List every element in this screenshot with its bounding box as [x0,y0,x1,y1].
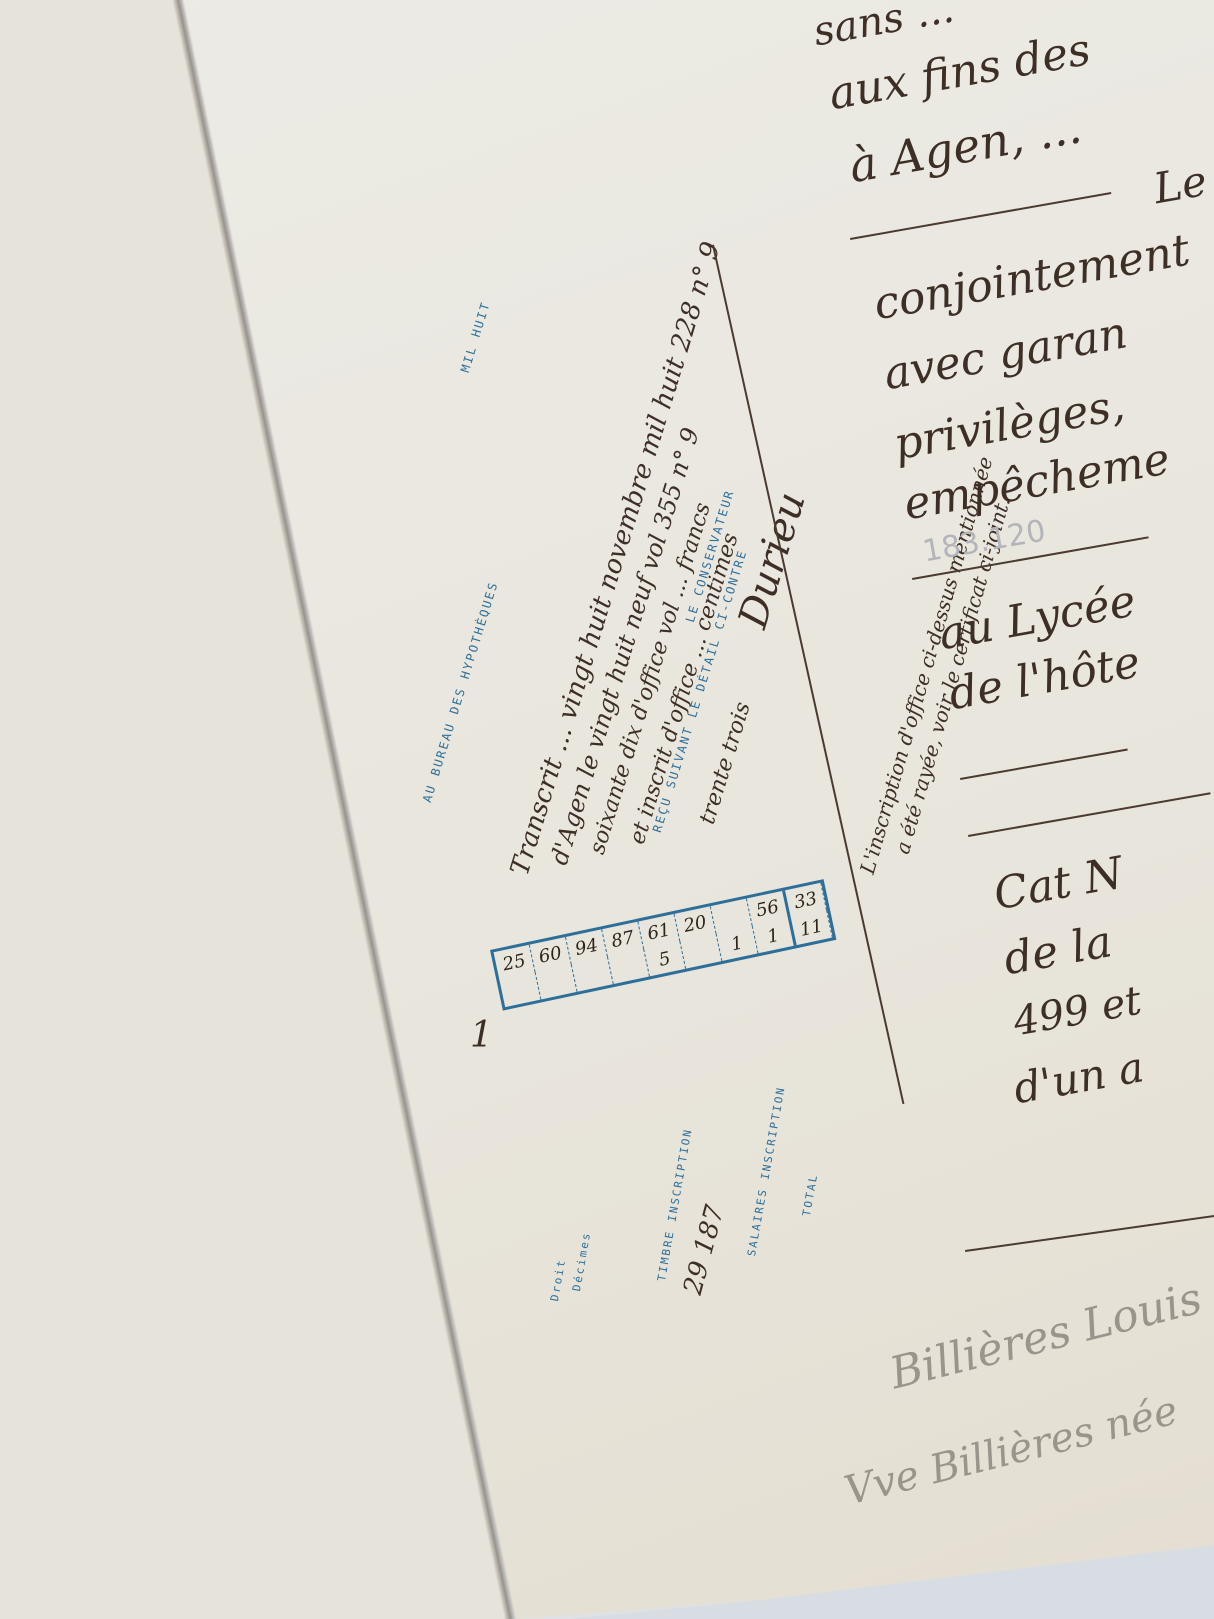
fee-cell [607,949,649,984]
fee-cell [499,972,541,1007]
fee-left-mark: 1 [470,1015,493,1056]
fee-cell [571,957,613,992]
main-line: Le [1150,156,1210,213]
fee-cell [535,964,577,999]
fee-cell: 5 [644,941,686,976]
fee-cell: 1 [716,926,758,961]
fee-cell [680,934,722,969]
